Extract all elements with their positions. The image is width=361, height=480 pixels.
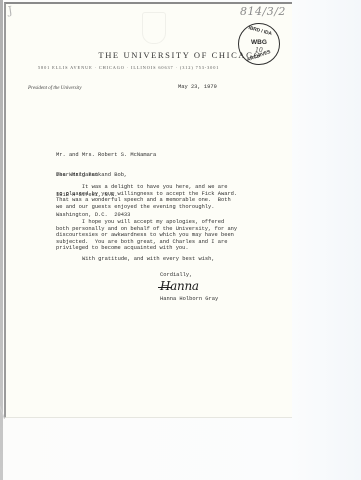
body-paragraph: I hope you will accept my apologies, off… — [56, 219, 237, 252]
university-crest-watermark-icon — [142, 12, 166, 44]
stamp-middle-text: WBG — [239, 39, 279, 46]
letterhead-address: 5801 ELLIS AVENUE · CHICAGO · ILLINOIS 6… — [38, 65, 278, 70]
handwritten-signature: Hanna — [160, 279, 199, 293]
letterhead-office: President of the University — [28, 86, 82, 91]
recipient-line: Washington, D.C. 20433 — [56, 212, 156, 219]
handwritten-archive-number: 814/3/2 — [240, 5, 286, 18]
stamp-top-text: IBRD / IDA — [244, 25, 276, 38]
valediction: Cordially, — [160, 272, 192, 279]
closing-line: With gratitude, and with every best wish… — [82, 256, 215, 263]
salutation: Dear Margaret and Bob, — [56, 172, 127, 179]
signer-name: Hanna Holborn Gray — [160, 296, 218, 303]
recipient-line: Mr. and Mrs. Robert S. McNamara — [56, 152, 156, 159]
letter-date: May 23, 1979 — [178, 84, 217, 91]
body-paragraph: It was a delight to have you here, and w… — [56, 184, 237, 210]
archives-stamp-icon: IBRD / IDA WBG 10 ARCHIVES — [238, 23, 280, 65]
recipient-address: Mr. and Mrs. Robert S. McNamara The Worl… — [56, 139, 156, 225]
